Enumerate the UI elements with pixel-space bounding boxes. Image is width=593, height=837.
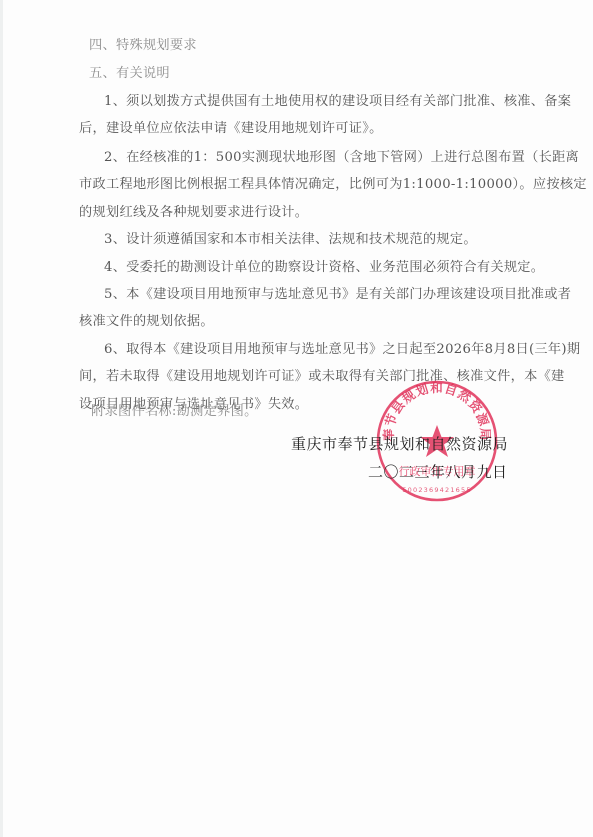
section-heading-4: 四、特殊规划要求 bbox=[89, 37, 544, 55]
svg-text:5002369421655: 5002369421655 bbox=[402, 486, 471, 494]
item-1-line-2: 后，建设单位应依法申请《建设用地规划许可证》。 bbox=[79, 120, 534, 138]
item-6-line-1: 6、取得本《建设项目用地预审与选址意见书》之日起至2026年8月8日(三年)期 bbox=[104, 341, 559, 359]
section-heading-5: 五、有关说明 bbox=[89, 65, 544, 83]
item-4-line-1: 4、受委托的勘测设计单位的勘察设计资格、业务范围必须符合有关规定。 bbox=[104, 259, 559, 277]
item-2-line-2: 市政工程地形图比例根据工程具体情况确定，比例可为1:1000-1:10000）。… bbox=[79, 176, 534, 194]
item-2-line-1: 2、在经核准的1：500实测现状地形图（含地下管网）上进行总图布置（长距离 bbox=[104, 149, 559, 167]
item-3-line-1: 3、设计须遵循国家和本市相关法律、法规和技术规范的规定。 bbox=[104, 231, 559, 249]
item-1-line-1: 1、须以划拨方式提供国有土地使用权的建设项目经有关部门批准、核准、备案 bbox=[104, 93, 559, 111]
page-edge bbox=[0, 0, 3, 837]
item-5-line-1: 5、本《建设项目用地预审与选址意见书》是有关部门办理该建设项目批准或者 bbox=[104, 286, 559, 304]
item-2-line-3: 的规划红线及各种规划要求进行设计。 bbox=[79, 204, 534, 222]
issuing-organization: 重庆市奉节县规划和自然资源局 bbox=[291, 433, 508, 454]
document-page: 四、特殊规划要求 五、有关说明 1、须以划拨方式提供国有土地使用权的建设项目经有… bbox=[0, 0, 593, 837]
issue-date: 二〇二三年八月九日 bbox=[368, 461, 508, 482]
item-5-line-2: 核准文件的规划依据。 bbox=[79, 313, 534, 331]
